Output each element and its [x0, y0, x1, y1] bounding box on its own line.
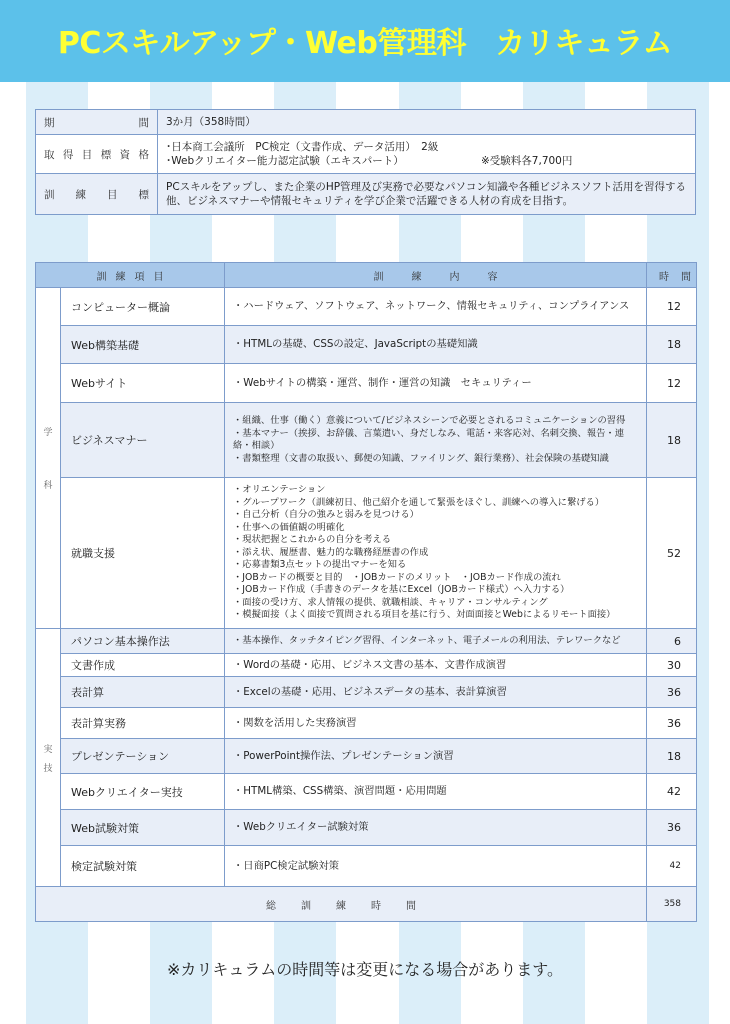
column-header-item: 訓練項目: [36, 263, 225, 288]
item-hours: 30: [647, 654, 697, 677]
item-content: ・関数を活用した実務演習: [225, 708, 647, 739]
item-content: ・ハードウェア、ソフトウェア、ネットワーク、情報セキュリティ、コンプライアンス: [225, 288, 647, 326]
item-content: ・日商PC検定試験対策: [225, 846, 647, 887]
column-header-content: 訓練内容: [225, 263, 647, 288]
content-line: ・Excelの基礎・応用、ビジネスデータの基本、表計算演習: [233, 686, 642, 699]
item-hours: 6: [647, 629, 697, 654]
table-row: プレゼンテーション ・PowerPoint操作法、プレゼンテーション演習 18: [36, 739, 697, 774]
item-name: 検定試験対策: [61, 846, 225, 887]
page-title: PCスキルアップ・Web管理科 カリキュラム: [0, 18, 730, 62]
table-row: 表計算実務 ・関数を活用した実務演習 36: [36, 708, 697, 739]
overview-table: 期間 3か月（358時間） 取得目標資格 ･日本商工会議所 PC検定（文書作成、…: [35, 109, 696, 215]
content-line: ・日商PC検定試験対策: [233, 860, 642, 873]
content-line: ・基本操作、タッチタイピング習得、インターネット、電子メールの利用法、テレワーク…: [233, 635, 642, 648]
content-line: ・現状把握とこれからの自分を考える: [233, 534, 642, 547]
header-band: PCスキルアップ・Web管理科 カリキュラム: [0, 0, 730, 82]
content-line: ・オリエンテーション: [233, 484, 642, 497]
item-hours: 12: [647, 288, 697, 326]
overview-value: 3か月（358時間）: [158, 110, 696, 135]
table-row: 実 技 パソコン基本操作法 ・基本操作、タッチタイピング習得、インターネット、電…: [36, 629, 697, 654]
exam-fee-note: ※受験料各7,700円: [481, 154, 572, 168]
table-row: ビジネスマナー ・組織、仕事（働く）意義について/ビジネスシーンで必要とされるコ…: [36, 403, 697, 478]
category-cell-practical: 実 技: [36, 629, 61, 887]
item-name: プレゼンテーション: [61, 739, 225, 774]
category-char: 実: [36, 742, 60, 755]
overview-row-goal: 訓練目標 PCスキルをアップし、また企業のHP管理及び実務で必要なパソコン知識や…: [36, 174, 696, 215]
content-line: ・応募書類3点セットの提出マナーを知る: [233, 559, 642, 572]
content-line: ・組織、仕事（働く）意義について/ビジネスシーンで必要とされるコミュニケーション…: [233, 415, 642, 428]
column-header-hours: 時間: [647, 263, 697, 288]
content-line: ・Wordの基礎・応用、ビジネス文書の基本、文書作成演習: [233, 659, 642, 672]
item-content: ・HTML構築、CSS構築、演習問題・応用問題: [225, 774, 647, 810]
content-line: ・PowerPoint操作法、プレゼンテーション演習: [233, 750, 642, 763]
item-hours: 18: [647, 326, 697, 364]
category-char: 科: [36, 478, 60, 491]
item-hours: 18: [647, 739, 697, 774]
item-hours: 12: [647, 364, 697, 403]
item-hours: 42: [647, 846, 697, 887]
item-hours: 36: [647, 708, 697, 739]
content-line: ・グループワーク（訓練初日、他己紹介を通して緊張をほぐし、訓練への導入に繋げる）: [233, 497, 642, 510]
content-line: ・自己分析（自分の強みと弱みを見つける）: [233, 509, 642, 522]
overview-line: PCスキルをアップし、また企業のHP管理及び実務で必要なパソコン知識や各種ビジネ…: [166, 180, 687, 208]
overview-line: 3か月（358時間）: [166, 115, 687, 129]
content-line: ・JOBカード作成（手書きのデータを基にExcel（JOBカード様式）へ入力する…: [233, 584, 642, 597]
table-row: Webサイト ・Webサイトの構築・運営、制作・運営の知識 セキュリティー 12: [36, 364, 697, 403]
content-line: ・添え状、履歴書、魅力的な職務経歴書の作成: [233, 547, 642, 560]
item-name: 文書作成: [61, 654, 225, 677]
item-hours: 36: [647, 677, 697, 708]
item-hours: 42: [647, 774, 697, 810]
item-name: ビジネスマナー: [61, 403, 225, 478]
curriculum-table: 訓練項目 訓練内容 時間 学 科 コンピューター概論 ・ハードウェア、ソフトウェ…: [35, 262, 697, 922]
total-label: 総訓練時間: [36, 887, 647, 922]
item-content: ・オリエンテーション ・グループワーク（訓練初日、他己紹介を通して緊張をほぐし、…: [225, 478, 647, 629]
curriculum-page: PCスキルアップ・Web管理科 カリキュラム 期間 3か月（358時間） 取得目…: [0, 0, 730, 1024]
item-name: Web構築基礎: [61, 326, 225, 364]
total-row: 総訓練時間 358: [36, 887, 697, 922]
item-name: 表計算: [61, 677, 225, 708]
table-row: Web構築基礎 ・HTMLの基礎、CSSの設定、JavaScriptの基礎知識 …: [36, 326, 697, 364]
overview-line: ･Webクリエイター能力認定試験（エキスパート）: [166, 155, 404, 167]
category-char: 学: [36, 425, 60, 438]
item-name: パソコン基本操作法: [61, 629, 225, 654]
content-line: ・Webサイトの構築・運営、制作・運営の知識 セキュリティー: [233, 377, 642, 390]
content-line: ・関数を活用した実務演習: [233, 717, 642, 730]
overview-line-wrap: ･Webクリエイター能力認定試験（エキスパート） ※受験料各7,700円: [166, 154, 687, 168]
item-name: Webサイト: [61, 364, 225, 403]
item-content: ・Webサイトの構築・運営、制作・運営の知識 セキュリティー: [225, 364, 647, 403]
item-name: Web試験対策: [61, 810, 225, 846]
item-content: ・組織、仕事（働く）意義について/ビジネスシーンで必要とされるコミュニケーション…: [225, 403, 647, 478]
item-name: Webクリエイター実技: [61, 774, 225, 810]
item-content: ・Webクリエイター試験対策: [225, 810, 647, 846]
item-hours: 52: [647, 478, 697, 629]
table-row: Web試験対策 ・Webクリエイター試験対策 36: [36, 810, 697, 846]
content-line: ・HTMLの基礎、CSSの設定、JavaScriptの基礎知識: [233, 338, 642, 351]
total-hours: 358: [647, 887, 697, 922]
overview-line: ･日本商工会議所 PC検定（文書作成、データ活用） 2級: [166, 140, 687, 154]
item-content: ・PowerPoint操作法、プレゼンテーション演習: [225, 739, 647, 774]
item-name: 就職支援: [61, 478, 225, 629]
item-hours: 36: [647, 810, 697, 846]
overview-row-period: 期間 3か月（358時間）: [36, 110, 696, 135]
content-line: ・ハードウェア、ソフトウェア、ネットワーク、情報セキュリティ、コンプライアンス: [233, 300, 642, 313]
table-row: 検定試験対策 ・日商PC検定試験対策 42: [36, 846, 697, 887]
overview-label: 取得目標資格: [36, 135, 158, 174]
item-name: 表計算実務: [61, 708, 225, 739]
table-row: 表計算 ・Excelの基礎・応用、ビジネスデータの基本、表計算演習 36: [36, 677, 697, 708]
content-line: ・面接の受け方、求人情報の提供、就職相談、キャリア・コンサルティング: [233, 597, 642, 610]
overview-value: PCスキルをアップし、また企業のHP管理及び実務で必要なパソコン知識や各種ビジネ…: [158, 174, 696, 215]
overview-value: ･日本商工会議所 PC検定（文書作成、データ活用） 2級 ･Webクリエイター能…: [158, 135, 696, 174]
overview-label: 訓練目標: [36, 174, 158, 215]
category-char: 技: [36, 761, 60, 774]
overview-row-qualifications: 取得目標資格 ･日本商工会議所 PC検定（文書作成、データ活用） 2級 ･Web…: [36, 135, 696, 174]
item-content: ・HTMLの基礎、CSSの設定、JavaScriptの基礎知識: [225, 326, 647, 364]
content-line: ・書類整理（文書の取扱い、郵便の知識、ファイリング、銀行業務）、社会保険の基礎知…: [233, 453, 642, 466]
content-line: ・Webクリエイター試験対策: [233, 821, 642, 834]
content-line: ・JOBカードの概要と目的 ・JOBカードのメリット ・JOBカード作成の流れ: [233, 572, 642, 585]
item-name: コンピューター概論: [61, 288, 225, 326]
item-content: ・Excelの基礎・応用、ビジネスデータの基本、表計算演習: [225, 677, 647, 708]
content-line: ・仕事への価値観の明確化: [233, 522, 642, 535]
overview-label: 期間: [36, 110, 158, 135]
table-row: Webクリエイター実技 ・HTML構築、CSS構築、演習問題・応用問題 42: [36, 774, 697, 810]
item-content: ・基本操作、タッチタイピング習得、インターネット、電子メールの利用法、テレワーク…: [225, 629, 647, 654]
table-row: 学 科 コンピューター概論 ・ハードウェア、ソフトウェア、ネットワーク、情報セキ…: [36, 288, 697, 326]
category-cell-academic: 学 科: [36, 288, 61, 629]
table-row: 就職支援 ・オリエンテーション ・グループワーク（訓練初日、他己紹介を通して緊張…: [36, 478, 697, 629]
content-line: ・HTML構築、CSS構築、演習問題・応用問題: [233, 785, 642, 798]
item-content: ・Wordの基礎・応用、ビジネス文書の基本、文書作成演習: [225, 654, 647, 677]
content-line: ・模擬面接（よく面接で質問される項目を基に行う、対面面接とWebによるリモート面…: [233, 609, 642, 622]
item-hours: 18: [647, 403, 697, 478]
table-row: 文書作成 ・Wordの基礎・応用、ビジネス文書の基本、文書作成演習 30: [36, 654, 697, 677]
curriculum-header-row: 訓練項目 訓練内容 時間: [36, 263, 697, 288]
content-line: ・基本マナー（挨拶、お辞儀、言葉遣い、身だしなみ、電話・来客応対、名刺交換、報告…: [233, 428, 642, 453]
footer-note: ※カリキュラムの時間等は変更になる場合があります。: [0, 957, 730, 980]
